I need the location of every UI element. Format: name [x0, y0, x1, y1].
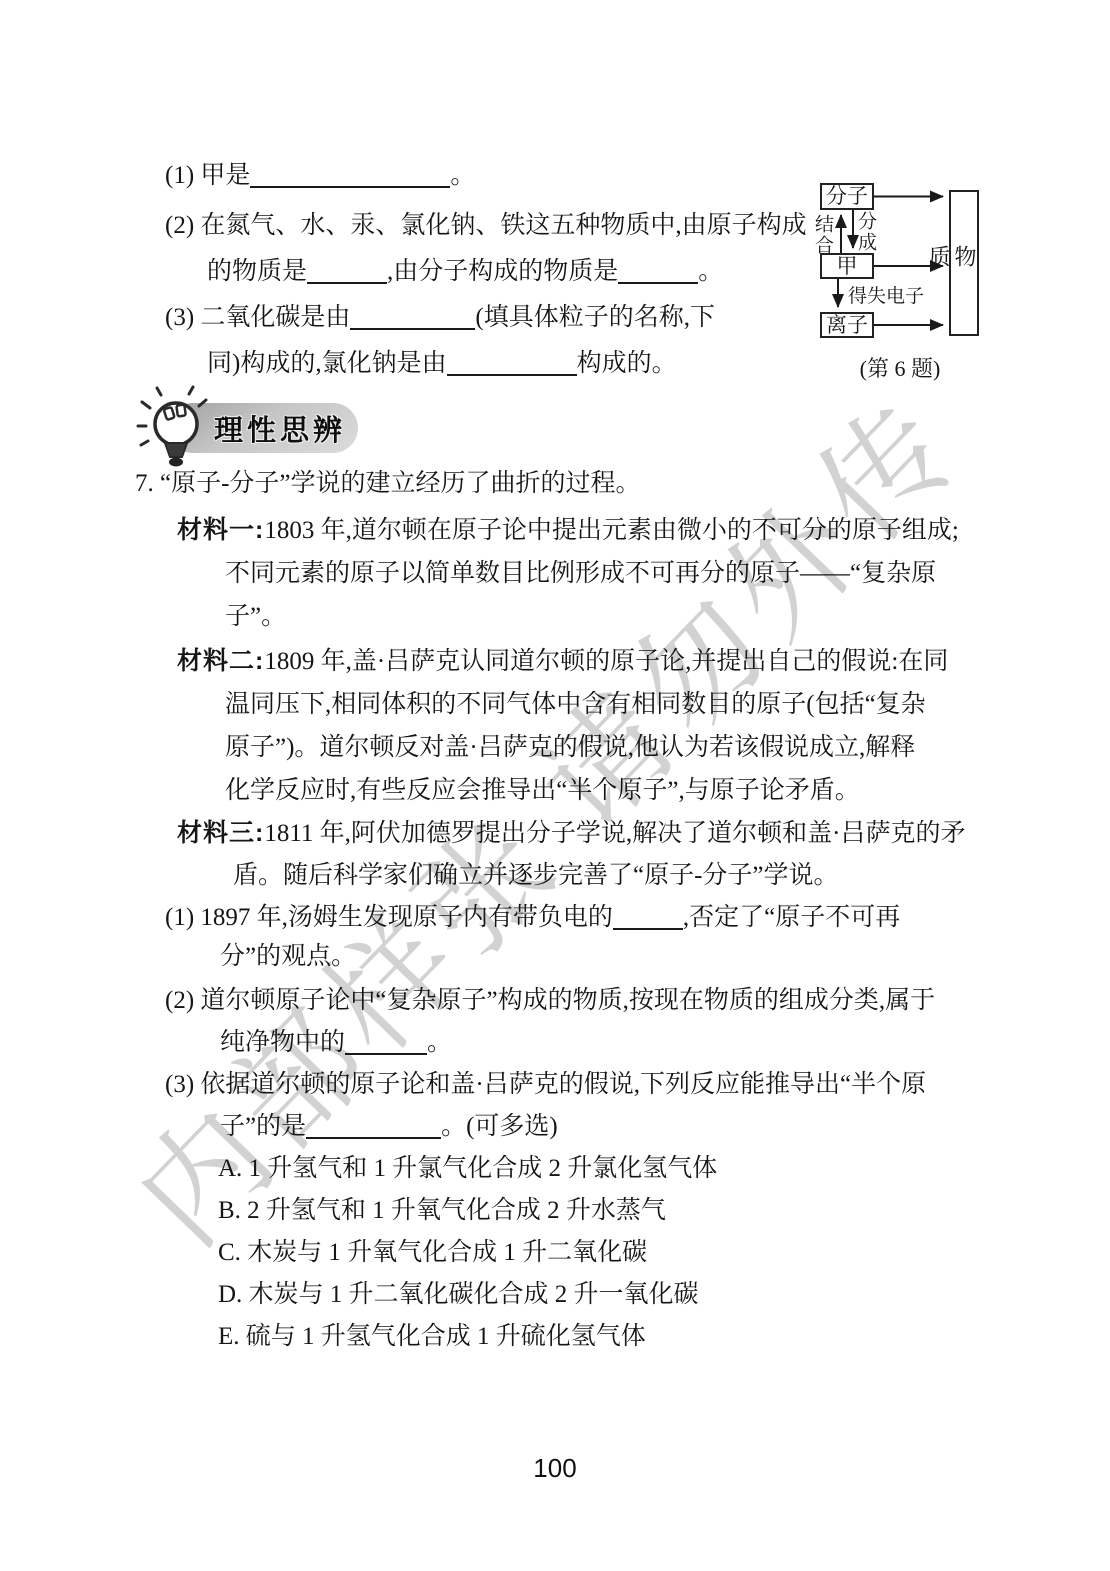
q6-part1-text: 甲是 — [200, 162, 250, 189]
fill-blank[interactable] — [250, 160, 450, 188]
q6-part3-text3: 同)构成的,氯化钠是由 — [207, 350, 447, 377]
question6-diagram: 分子 甲 离子 物质 结合 分成 得失电子 — [810, 178, 990, 340]
q7-sub2-period: 。 — [427, 1029, 452, 1056]
q7-sub3-line2: 子”的是。(可多选) — [220, 1111, 558, 1143]
material3-label: 材料三: — [177, 819, 264, 847]
diagram-box-ion: 离子 — [820, 312, 874, 338]
fill-blank[interactable] — [350, 302, 475, 330]
q6-part3-text4: 构成的。 — [577, 350, 677, 377]
option-e: E. 硫与 1 升氢气化合成 1 升硫化氢气体 — [218, 1321, 646, 1353]
diagram-label-combine: 结合 — [813, 214, 832, 256]
q6-part2-number: (2) — [165, 212, 194, 239]
material2-label: 材料二: — [177, 647, 264, 675]
q6-part3-line2: 同)构成的,氯化钠是由构成的。 — [207, 348, 677, 380]
q6-part3-text1: 二氧化碳是由 — [200, 304, 350, 331]
fill-blank[interactable] — [307, 256, 387, 284]
option-d: D. 木炭与 1 升二氧化碳化合成 2 升一氧化碳 — [218, 1279, 699, 1311]
q7-sub3-text1: 子”的是 — [220, 1113, 306, 1140]
q7-sub1-line1: (1) 1897 年,汤姆生发现原子内有带负电的,否定了“原子不可再 — [165, 902, 900, 934]
diagram-label-electron-transfer: 得失电子 — [848, 281, 924, 308]
fill-blank[interactable] — [618, 256, 698, 284]
fill-blank[interactable] — [613, 902, 683, 930]
option-c: C. 木炭与 1 升氧气化合成 1 升二氧化碳 — [218, 1237, 647, 1269]
q7-sub3-text2: 。(可多选) — [441, 1113, 558, 1140]
fill-blank[interactable] — [447, 348, 577, 376]
q7-material2-line1: 材料二:1809 年,盖·吕萨克认同道尔顿的原子论,并提出自己的假说:在同 — [177, 645, 948, 678]
q7-material1-line2: 不同元素的原子以简单数目比例形成不可再分的原子——“复杂原 — [225, 558, 936, 590]
q7-material2-line2: 温同压下,相同体积的不同气体中含有相同数目的原子(包括“复杂 — [225, 689, 926, 721]
material2-text1: 1809 年,盖·吕萨克认同道尔顿的原子论,并提出自己的假说:在同 — [264, 648, 948, 675]
diagram-caption: (第 6 题) — [800, 352, 1000, 383]
option-b: B. 2 升氢气和 1 升氧气化合成 2 升水蒸气 — [218, 1195, 666, 1227]
workbook-page: 内部样张 请勿外传 (1) 甲是。 (2) 在氮气、水、汞、氯化钠、铁这五种物质… — [0, 0, 1110, 1571]
option-a: A. 1 升氢气和 1 升氯气化合成 2 升氯化氢气体 — [218, 1153, 717, 1185]
q6-part1-line: (1) 甲是。 — [165, 160, 475, 192]
q6-part2-line2: 的物质是,由分子构成的物质是。 — [207, 256, 723, 288]
q6-part1-number: (1) — [165, 162, 194, 189]
q6-part3-number: (3) — [165, 304, 194, 331]
q7-stem: 7. “原子-分子”学说的建立经历了曲折的过程。 — [135, 468, 641, 500]
page-content: (1) 甲是。 (2) 在氮气、水、汞、氯化钠、铁这五种物质中,由原子构成 的物… — [0, 0, 1110, 1571]
q6-part2-period: 。 — [698, 258, 723, 285]
diagram-box-molecule: 分子 — [820, 183, 874, 210]
q6-part2-line1: (2) 在氮气、水、汞、氯化钠、铁这五种物质中,由原子构成 — [165, 210, 807, 242]
diagram-label-split: 分成 — [856, 211, 875, 253]
q6-part2-text2: 的物质是 — [207, 258, 307, 285]
q7-sub1-text2: ,否定了“原子不可再 — [683, 904, 900, 931]
q7-sub1-text1: (1) 1897 年,汤姆生发现原子内有带负电的 — [165, 904, 613, 931]
q7-material1-line1: 材料一:1803 年,道尔顿在原子论中提出元素由微小的不可分的原子组成; — [177, 514, 959, 547]
section-badge-label: 理性思辨 — [214, 408, 346, 449]
page-number: 100 — [0, 1453, 1110, 1484]
material1-text1: 1803 年,道尔顿在原子论中提出元素由微小的不可分的原子组成; — [264, 517, 958, 544]
fill-blank[interactable] — [306, 1111, 441, 1139]
q7-material2-line4: 化学反应时,有些反应会推导出“半个原子”,与原子论矛盾。 — [225, 775, 860, 807]
q7-material1-line3: 子”。 — [225, 601, 286, 633]
q6-part3-text2: (填具体粒子的名称,下 — [475, 304, 715, 331]
q7-material3-line1: 材料三:1811 年,阿伏加德罗提出分子学说,解决了道尔顿和盖·吕萨克的矛 — [177, 817, 965, 850]
q7-sub2-line1: (2) 道尔顿原子论中“复杂原子”构成的物质,按现在物质的组成分类,属于 — [165, 985, 935, 1017]
q7-sub2-line2: 纯净物中的。 — [220, 1027, 452, 1059]
diagram-box-matter: 物质 — [949, 190, 979, 336]
q6-part2-text1: 在氮气、水、汞、氯化钠、铁这五种物质中,由原子构成 — [200, 212, 806, 239]
diagram-box-jia: 甲 — [820, 253, 874, 279]
q7-sub3-line1: (3) 依据道尔顿的原子论和盖·吕萨克的假说,下列反应能推导出“半个原 — [165, 1069, 926, 1101]
fill-blank[interactable] — [345, 1027, 427, 1055]
q7-sub1-line2: 分”的观点。 — [220, 941, 356, 973]
material3-text1: 1811 年,阿伏加德罗提出分子学说,解决了道尔顿和盖·吕萨克的矛 — [264, 820, 965, 847]
q6-part2-text3: ,由分子构成的物质是 — [387, 258, 618, 285]
q7-material3-line2: 盾。随后科学家们确立并逐步完善了“原子-分子”学说。 — [233, 860, 839, 892]
material1-label: 材料一: — [177, 516, 264, 544]
lightbulb-icon — [136, 384, 210, 474]
q7-sub2-text1: 纯净物中的 — [220, 1029, 345, 1056]
q7-material2-line3: 原子”)。道尔顿反对盖·吕萨克的假说,他认为若该假说成立,解释 — [225, 732, 915, 764]
q6-part3-line1: (3) 二氧化碳是由(填具体粒子的名称,下 — [165, 302, 715, 334]
q6-part1-period: 。 — [450, 162, 475, 189]
